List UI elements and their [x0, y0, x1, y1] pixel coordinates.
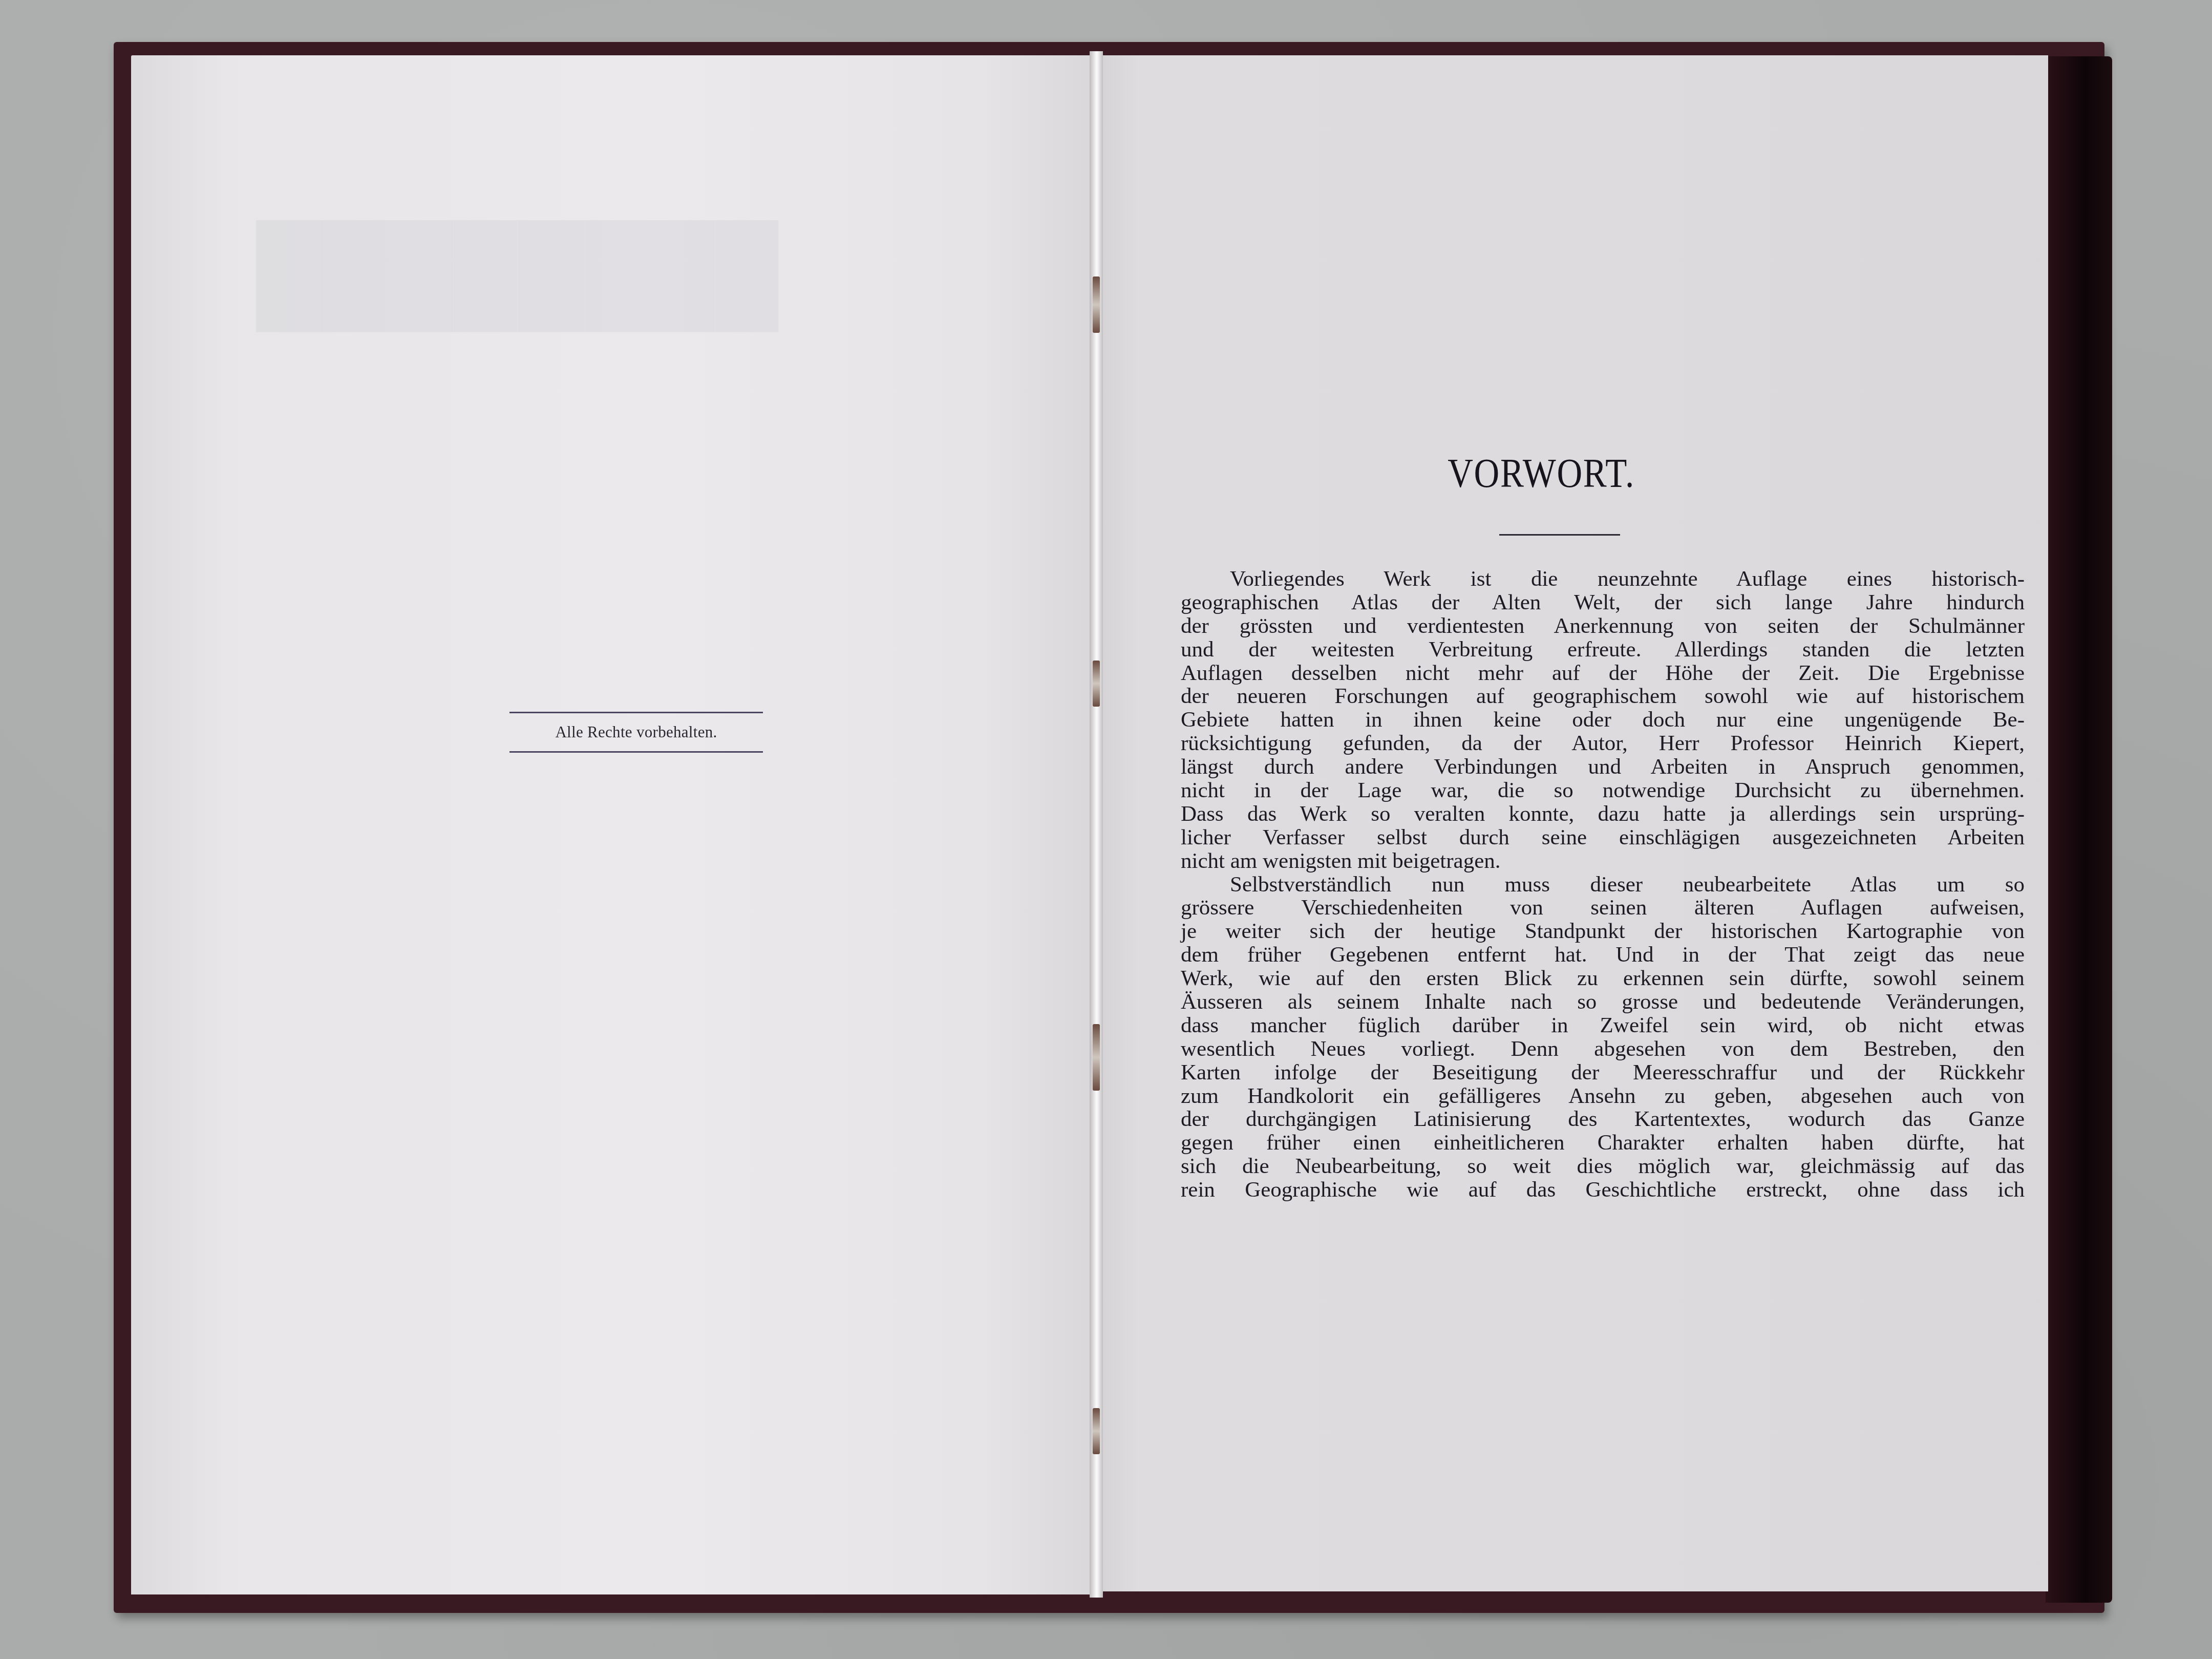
- text-line: licher Verfasser selbst durch seine eins…: [1181, 826, 2025, 849]
- text-line: und der weitesten Verbreitung erfreute. …: [1181, 638, 2025, 662]
- binding-stitch: [1093, 1024, 1100, 1091]
- text-line: Vorliegendes Werk ist die neunzehnte Auf…: [1181, 567, 2025, 591]
- text-line: zum Handkolorit ein gefälligeres Ansehn …: [1181, 1084, 2025, 1108]
- binding-stitch: [1093, 276, 1100, 333]
- text-line: dass mancher füglich darüber in Zweifel …: [1181, 1014, 2025, 1037]
- text-line: Werk, wie auf den ersten Blick zu erkenn…: [1181, 967, 2025, 990]
- text-line: rein Geographische wie auf das Geschicht…: [1181, 1178, 2025, 1202]
- paragraph: Vorliegendes Werk ist die neunzehnte Auf…: [1181, 567, 2025, 873]
- preface-body: Vorliegendes Werk ist die neunzehnte Auf…: [1181, 567, 2025, 1202]
- text-line: Auflagen desselben nicht mehr auf der Hö…: [1181, 662, 2025, 685]
- text-line: grössere Verschiedenheiten von seinen äl…: [1181, 896, 2025, 920]
- text-line: Karten infolge der Beseitigung der Meere…: [1181, 1061, 2025, 1084]
- text-line: Selbstverständlich nun muss dieser neube…: [1181, 873, 2025, 897]
- text-line: dem früher Gegebenen entfernt hat. Und i…: [1181, 943, 2025, 967]
- binding-stitch: [1093, 661, 1100, 707]
- page-title: VORWORT.: [1431, 451, 1651, 497]
- text-line: sich die Neubearbeitung, so weit dies mö…: [1181, 1155, 2025, 1178]
- binding-stitch: [1093, 1408, 1100, 1454]
- paragraph: Selbstverständlich nun muss dieser neube…: [1181, 873, 2025, 1202]
- text-line: der durchgängigen Latinisierung des Kart…: [1181, 1108, 2025, 1131]
- text-line: geographischen Atlas der Alten Welt, der…: [1181, 591, 2025, 614]
- show-through-text: ████████: [256, 220, 778, 326]
- text-line: längst durch andere Verbindungen und Arb…: [1181, 755, 2025, 779]
- text-line: Dass das Werk so veralten konnte, dazu h…: [1181, 802, 2025, 826]
- rights-notice: Alle Rechte vorbehalten.: [509, 712, 763, 753]
- title-divider: [1499, 534, 1620, 536]
- text-line: je weiter sich der heutige Standpunkt de…: [1181, 920, 2025, 943]
- text-line: wesentlich Neues vorliegt. Denn abgesehe…: [1181, 1037, 2025, 1061]
- text-line: Äusseren als seinem Inhalte nach so gros…: [1181, 990, 2025, 1014]
- text-line: nicht in der Lage war, die so notwendige…: [1181, 779, 2025, 802]
- rights-notice-text: Alle Rechte vorbehalten.: [555, 723, 717, 741]
- text-line: der neueren Forschungen auf geographisch…: [1181, 685, 2025, 708]
- text-line: der grössten und verdientesten Anerkennu…: [1181, 614, 2025, 638]
- book-cover-edge: [2046, 56, 2112, 1603]
- text-line: nicht am wenigsten mit beigetragen.: [1181, 849, 2025, 873]
- text-line: rücksichtigung gefunden, da der Autor, H…: [1181, 732, 2025, 755]
- text-line: gegen früher einen einheitlicheren Chara…: [1181, 1131, 2025, 1155]
- text-line: Gebiete hatten in ihnen keine oder doch …: [1181, 708, 2025, 732]
